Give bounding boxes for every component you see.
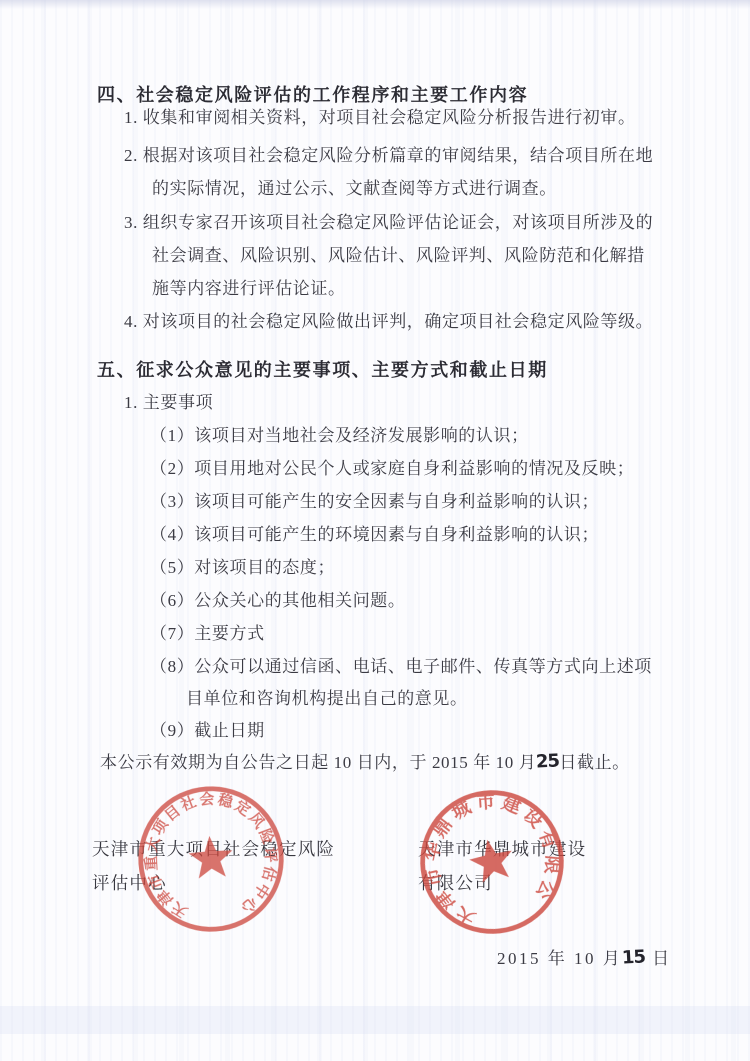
section5-point4: （4）该项目可能产生的环境因素与自身利益影响的认识；	[150, 523, 599, 547]
closing-text-part2: 日截止。	[559, 753, 629, 772]
official-seal-left: 天津市重大项目社会稳定风险评估中心	[129, 777, 293, 941]
section5-point9: （9）截止日期	[150, 719, 265, 743]
handwritten-date-day: 15	[622, 945, 646, 970]
date-suffix: 日	[645, 949, 671, 968]
section5-point7: （7）主要方式	[150, 622, 265, 646]
section5-heading: 五、征求公众意见的主要事项、主要方式和截止日期	[97, 358, 548, 382]
section5-point6: （6）公众关心的其他相关问题。	[150, 589, 406, 613]
section4-heading: 四、社会稳定风险评估的工作程序和主要工作内容	[97, 83, 528, 107]
section5-point8-line2: 目单位和咨询机构提出自己的意见。	[186, 687, 468, 711]
section5-point8-line1: （8）公众可以通过信函、电话、电子邮件、传真等方式向上述项	[150, 655, 652, 679]
section4-item2-line1: 2. 根据对该项目社会稳定风险分析篇章的审阅结果，结合项目所在地	[124, 144, 653, 168]
section5-subheading: 1. 主要事项	[124, 391, 213, 415]
section5-point3: （3）该项目可能产生的安全因素与自身利益影响的认识；	[150, 490, 599, 514]
section5-point2: （2）项目用地对公民个人或家庭自身利益影响的情况及反映；	[150, 457, 634, 481]
handwritten-deadline-day: 25	[536, 749, 560, 774]
scan-artifact-band	[0, 1006, 750, 1034]
scan-edge-shadow-top	[0, 0, 750, 9]
scanned-document-page: 四、社会稳定风险评估的工作程序和主要工作内容 1. 收集和审阅相关资料，对项目社…	[0, 0, 750, 1061]
star-icon	[187, 834, 234, 879]
section4-item4: 4. 对该项目的社会稳定风险做出评判，确定项目社会稳定风险等级。	[124, 310, 653, 334]
official-seal-right: 天津市华鼎城市建设有限公司	[402, 772, 582, 952]
section4-item1: 1. 收集和审阅相关资料，对项目社会稳定风险分析报告进行初审。	[124, 106, 636, 130]
section4-item3-line3: 施等内容进行评估论证。	[152, 277, 346, 301]
closing-text-part1: 本公示有效期为自公告之日起 10 日内，于 2015 年 10 月	[100, 753, 536, 772]
section4-item3-line1: 3. 组织专家召开该项目社会稳定风险评估论证会，对该项目所涉及的	[124, 211, 653, 235]
star-icon	[466, 835, 517, 884]
section4-item2-line2: 的实际情况，通过公示、文献查阅等方式进行调查。	[152, 177, 557, 201]
section4-item3-line2: 社会调查、风险识别、风险估计、风险评判、风险防范和化解措	[152, 244, 645, 268]
document-date: 2015 年 10 月15 日	[497, 947, 672, 971]
section5-point5: （5）对该项目的态度；	[150, 556, 335, 580]
section5-point1: （1）该项目对当地社会及经济发展影响的认识；	[150, 424, 529, 448]
date-prefix: 2015 年 10 月	[497, 949, 622, 968]
